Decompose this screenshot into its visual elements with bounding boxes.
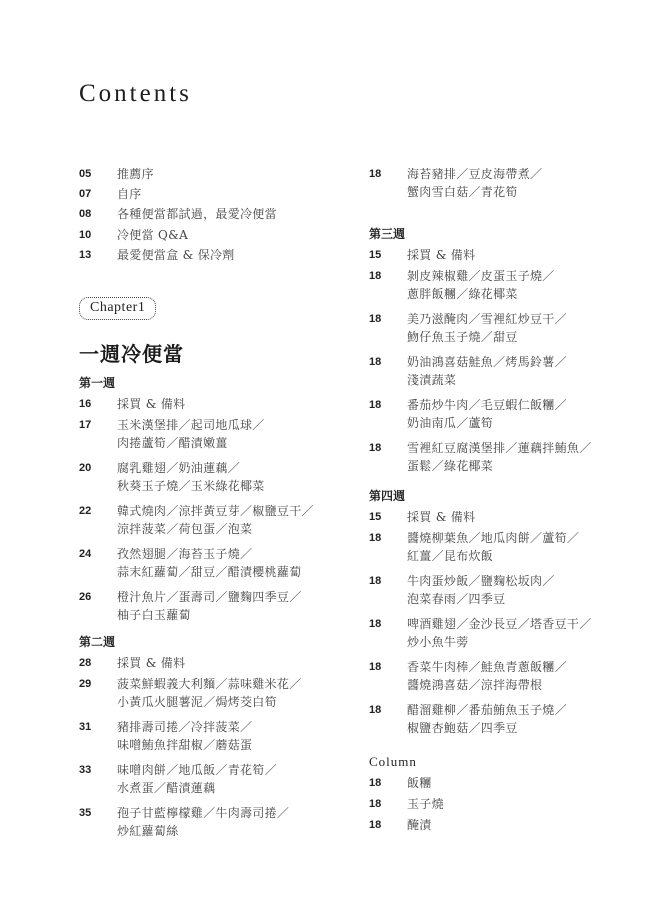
page-number: 22: [79, 502, 117, 521]
toc-entry[interactable]: 18 番茄炒牛肉／毛豆蝦仁飯糰／奶油南瓜／蘆筍: [369, 396, 649, 432]
toc-entry[interactable]: 18 美乃滋醃肉／雪裡紅炒豆干／魩仔魚玉子燒／甜豆: [369, 310, 649, 346]
toc-entry[interactable]: 22 韓式燒肉／涼拌黃豆芽／椒鹽豆干／涼拌菠菜／荷包蛋／泡菜: [79, 502, 349, 538]
entry-title: 最愛便當盒 & 保冷劑: [117, 246, 235, 264]
page-number: 18: [369, 658, 407, 677]
entry-title: 香菜牛肉棒／鮭魚青蔥飯糰／醬燒鴻喜菇／涼拌海帶根: [407, 658, 567, 694]
page-number: 18: [369, 353, 407, 372]
entry-title: 菠菜鮮蝦義大利麵／蒜味雞米花／小黃瓜火腿薯泥／焗烤茭白筍: [117, 675, 302, 711]
entry-title: 海苔豬排／豆皮海帶煮／蟹肉雪白菇／青花筍: [407, 165, 542, 201]
toc-entry[interactable]: 15 採買 & 備料: [369, 246, 649, 265]
intro-list: 05 推薦序 07 自序 08 各種便當都試過，最愛冷便當 10 冷便當 Q&A…: [79, 165, 277, 266]
page-number: 18: [369, 816, 407, 835]
toc-entry[interactable]: 05 推薦序: [79, 165, 277, 185]
page-number: 08: [79, 205, 117, 224]
page-number: 18: [369, 615, 407, 634]
page-number: 15: [369, 508, 407, 527]
page-number: 10: [79, 226, 117, 245]
week-4-section: 第四週 15 採買 & 備料 18 醬燒柳葉魚／地瓜肉餅／蘆筍／紅薑／昆布炊飯 …: [369, 486, 649, 737]
page-number: 24: [79, 545, 117, 564]
toc-entry[interactable]: 18 醃漬: [369, 816, 649, 837]
page-number: 18: [369, 774, 407, 793]
page-number: 18: [369, 529, 407, 548]
page-number: 35: [79, 804, 117, 823]
toc-entry[interactable]: 29 菠菜鮮蝦義大利麵／蒜味雞米花／小黃瓜火腿薯泥／焗烤茭白筍: [79, 675, 349, 711]
week-heading: 第一週: [79, 373, 349, 393]
toc-entry[interactable]: 20 腐乳雞翅／奶油蓮藕／秋葵玉子燒／玉米綠花椰菜: [79, 459, 349, 495]
toc-entry[interactable]: 26 橙汁魚片／蛋壽司／鹽麴四季豆／柚子白玉蘿蔔: [79, 588, 349, 624]
entry-title: 韓式燒肉／涼拌黃豆芽／椒鹽豆干／涼拌菠菜／荷包蛋／泡菜: [117, 502, 314, 538]
entry-title: 豬排壽司捲／冷拌菠菜／味噌鮪魚拌甜椒／蘑菇蛋: [117, 718, 252, 754]
page-number: 20: [79, 459, 117, 478]
entry-title: 採買 & 備料: [117, 395, 185, 413]
toc-entry[interactable]: 17 玉米漢堡排／起司地瓜球／肉捲蘆筍／醋漬嫩薑: [79, 416, 349, 452]
toc-entry[interactable]: 08 各種便當都試過，最愛冷便當: [79, 205, 277, 226]
page-number: 18: [369, 439, 407, 458]
entry-title: 推薦序: [117, 165, 154, 183]
chapter-title: 一週冷便當: [79, 338, 184, 367]
toc-entry[interactable]: 18 飯糰: [369, 774, 649, 795]
column-heading: Column: [369, 754, 649, 770]
entry-title: 自序: [117, 185, 142, 203]
toc-entry[interactable]: 18 醋溜雞柳／番茄鮪魚玉子燒／椒鹽杏鮑菇／四季豆: [369, 701, 649, 737]
week-1-section: 第一週 16 採買 & 備料 17 玉米漢堡排／起司地瓜球／肉捲蘆筍／醋漬嫩薑 …: [79, 373, 349, 624]
week-heading: 第三週: [369, 224, 649, 244]
entry-title: 飯糰: [407, 774, 432, 792]
page-number: 18: [369, 396, 407, 415]
toc-entry[interactable]: 18 奶油鴻喜菇鮭魚／烤馬鈴薯／淺漬蔬菜: [369, 353, 649, 389]
entry-title: 孢子甘藍檸檬雞／牛肉壽司捲／炒紅蘿蔔絲: [117, 804, 289, 840]
entry-title: 味噌肉餅／地瓜飯／青花筍／水煮蛋／醋漬蓮藕: [117, 761, 277, 797]
entry-title: 番茄炒牛肉／毛豆蝦仁飯糰／奶油南瓜／蘆筍: [407, 396, 567, 432]
contents-title: Contents: [79, 80, 192, 108]
entry-title: 腐乳雞翅／奶油蓮藕／秋葵玉子燒／玉米綠花椰菜: [117, 459, 265, 495]
page-number: 18: [369, 701, 407, 720]
toc-entry[interactable]: 28 採買 & 備料: [79, 654, 349, 673]
page-number: 13: [79, 246, 117, 265]
entry-title: 玉米漢堡排／起司地瓜球／肉捲蘆筍／醋漬嫩薑: [117, 416, 265, 452]
toc-entry[interactable]: 10 冷便當 Q&A: [79, 226, 277, 246]
column-section: Column 18 飯糰 18 玉子燒 18 醃漬: [369, 754, 649, 837]
entry-title: 玉子燒: [407, 795, 444, 813]
toc-entry[interactable]: 24 孜然翅腿／海苔玉子燒／蒜末紅蘿蔔／甜豆／醋漬櫻桃蘿蔔: [79, 545, 349, 581]
entry-title: 醬燒柳葉魚／地瓜肉餅／蘆筍／紅薑／昆布炊飯: [407, 529, 579, 565]
toc-entry[interactable]: 18 啤酒雞翅／金沙長豆／塔香豆干／炒小魚牛蒡: [369, 615, 649, 651]
toc-entry[interactable]: 16 採買 & 備料: [79, 395, 349, 414]
week-2-section: 第二週 28 採買 & 備料 29 菠菜鮮蝦義大利麵／蒜味雞米花／小黃瓜火腿薯泥…: [79, 632, 349, 840]
entry-title: 孜然翅腿／海苔玉子燒／蒜末紅蘿蔔／甜豆／醋漬櫻桃蘿蔔: [117, 545, 302, 581]
page-number: 28: [79, 654, 117, 673]
toc-entry[interactable]: 07 自序: [79, 185, 277, 205]
toc-entry[interactable]: 18 玉子燒: [369, 795, 649, 816]
entry-title: 醃漬: [407, 816, 432, 834]
page-number: 07: [79, 185, 117, 204]
week-heading: 第四週: [369, 486, 649, 506]
page-number: 18: [369, 310, 407, 329]
toc-entry[interactable]: 13 最愛便當盒 & 保冷劑: [79, 246, 277, 266]
toc-entry[interactable]: 18 牛肉蛋炒飯／鹽麴松坂肉／泡菜春雨／四季豆: [369, 572, 649, 608]
toc-entry[interactable]: 33 味噌肉餅／地瓜飯／青花筍／水煮蛋／醋漬蓮藕: [79, 761, 349, 797]
week-heading: 第二週: [79, 632, 349, 652]
entry-title: 採買 & 備料: [117, 654, 185, 672]
toc-entry[interactable]: 18 香菜牛肉棒／鮭魚青蔥飯糰／醬燒鴻喜菇／涼拌海帶根: [369, 658, 649, 694]
entry-title: 採買 & 備料: [407, 508, 475, 526]
toc-entry[interactable]: 35 孢子甘藍檸檬雞／牛肉壽司捲／炒紅蘿蔔絲: [79, 804, 349, 840]
page-number: 31: [79, 718, 117, 737]
toc-entry[interactable]: 31 豬排壽司捲／冷拌菠菜／味噌鮪魚拌甜椒／蘑菇蛋: [79, 718, 349, 754]
toc-entry[interactable]: 18 海苔豬排／豆皮海帶煮／蟹肉雪白菇／青花筍: [369, 165, 649, 201]
page-number: 05: [79, 165, 117, 184]
toc-entry[interactable]: 15 採買 & 備料: [369, 508, 649, 527]
toc-entry[interactable]: 18 醬燒柳葉魚／地瓜肉餅／蘆筍／紅薑／昆布炊飯: [369, 529, 649, 565]
entry-title: 各種便當都試過，最愛冷便當: [117, 205, 277, 223]
entry-title: 冷便當 Q&A: [117, 226, 188, 244]
page-number: 17: [79, 416, 117, 435]
toc-entry[interactable]: 18 剝皮辣椒雞／皮蛋玉子燒／蔥胖飯糰／綠花椰菜: [369, 267, 649, 303]
entry-title: 橙汁魚片／蛋壽司／鹽麴四季豆／柚子白玉蘿蔔: [117, 588, 302, 624]
week-2-continued: 18 海苔豬排／豆皮海帶煮／蟹肉雪白菇／青花筍: [369, 165, 649, 201]
page-number: 18: [369, 165, 407, 184]
toc-entry[interactable]: 18 雪裡紅豆腐漢堡排／蓮藕拌鮪魚／蛋鬆／綠花椰菜: [369, 439, 649, 475]
page-number: 15: [369, 246, 407, 265]
page-number: 29: [79, 675, 117, 694]
page-number: 18: [369, 795, 407, 814]
entry-title: 剝皮辣椒雞／皮蛋玉子燒／蔥胖飯糰／綠花椰菜: [407, 267, 555, 303]
week-3-section: 第三週 15 採買 & 備料 18 剝皮辣椒雞／皮蛋玉子燒／蔥胖飯糰／綠花椰菜 …: [369, 224, 649, 475]
page-number: 33: [79, 761, 117, 780]
chapter-label: Chapter1: [79, 297, 156, 320]
page-number: 16: [79, 395, 117, 414]
entry-title: 啤酒雞翅／金沙長豆／塔香豆干／炒小魚牛蒡: [407, 615, 592, 651]
entry-title: 醋溜雞柳／番茄鮪魚玉子燒／椒鹽杏鮑菇／四季豆: [407, 701, 567, 737]
page-number: 26: [79, 588, 117, 607]
page-number: 18: [369, 572, 407, 591]
entry-title: 採買 & 備料: [407, 246, 475, 264]
entry-title: 牛肉蛋炒飯／鹽麴松坂肉／泡菜春雨／四季豆: [407, 572, 555, 608]
entry-title: 美乃滋醃肉／雪裡紅炒豆干／魩仔魚玉子燒／甜豆: [407, 310, 567, 346]
page-number: 18: [369, 267, 407, 286]
entry-title: 奶油鴻喜菇鮭魚／烤馬鈴薯／淺漬蔬菜: [407, 353, 567, 389]
entry-title: 雪裡紅豆腐漢堡排／蓮藕拌鮪魚／蛋鬆／綠花椰菜: [407, 439, 592, 475]
